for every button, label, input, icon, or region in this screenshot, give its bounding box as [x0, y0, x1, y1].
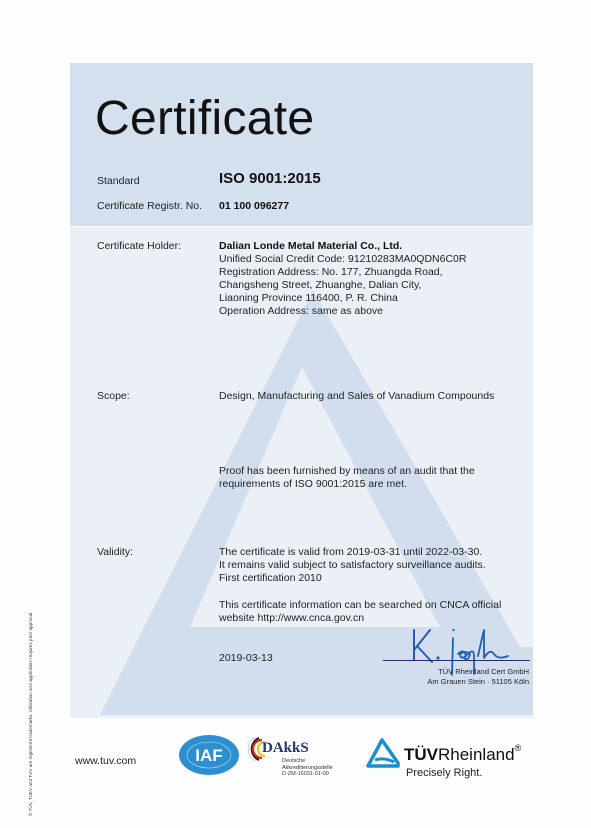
iaf-logo-icon: IAF	[178, 734, 240, 776]
standard-label: Standard	[97, 175, 140, 187]
holder-label: Certificate Holder:	[97, 240, 181, 252]
issuer-block: TÜV Rheinland Cert GmbH Am Grauen Stein …	[427, 667, 529, 687]
issuer-name: TÜV Rheinland Cert GmbH	[427, 667, 529, 677]
tuv-website-link[interactable]: www.tuv.com	[75, 755, 136, 767]
dakks-accreditation-number: D-ZM-16031-01-00	[282, 771, 333, 778]
validity-block: The certificate is valid from 2019-03-31…	[219, 546, 486, 585]
holder-company: Dalian Londe Metal Material Co., Ltd.	[219, 240, 466, 253]
registration-number: 01 100 096277	[219, 200, 289, 213]
validity-label: Validity:	[97, 546, 133, 558]
proof-line: requirements of ISO 9001:2015 are met.	[219, 478, 475, 491]
registration-label: Certificate Registr. No.	[97, 200, 202, 212]
scope-label: Scope:	[97, 390, 130, 402]
holder-address-line: Changsheng Street, Zhuanghe, Dalian City…	[219, 279, 466, 292]
first-certification: First certification 2010	[219, 572, 486, 585]
signature-line	[383, 660, 530, 661]
dakks-details: Deutsche Akkreditierungsstelle D-ZM-1603…	[282, 758, 333, 778]
scope-value: Design, Manufacturing and Sales of Vanad…	[219, 390, 494, 403]
validity-dates: The certificate is valid from 2019-03-31…	[219, 546, 486, 559]
dakks-name: DAkkS	[262, 740, 309, 757]
holder-address-line: Registration Address: No. 177, Zhuangda …	[219, 266, 466, 279]
issuer-address: Am Grauen Stein · 51105 Köln	[427, 677, 529, 687]
certificate-title: Certificate	[95, 95, 314, 143]
issue-date: 2019-03-13	[219, 652, 273, 665]
brand-rest: Rheinland	[438, 745, 515, 764]
holder-credit-code: Unified Social Credit Code: 91210283MA0Q…	[219, 253, 466, 266]
proof-statement: Proof has been furnished by means of an …	[219, 465, 475, 491]
proof-line: Proof has been furnished by means of an …	[219, 465, 475, 478]
cnca-line: This certificate information can be sear…	[219, 599, 501, 612]
holder-address-line: Liaoning Province 116400, P. R. China	[219, 292, 466, 305]
svg-text:IAF: IAF	[195, 746, 222, 765]
validity-condition: It remains valid subject to satisfactory…	[219, 559, 486, 572]
tuv-rheinland-brand: TÜVRheinland®	[404, 745, 521, 765]
tuv-triangle-logo-icon	[366, 738, 400, 768]
holder-block: Dalian Londe Metal Material Co., Ltd. Un…	[219, 240, 466, 318]
brand-bold: TÜV	[404, 745, 438, 764]
registered-mark: ®	[515, 743, 522, 753]
holder-operation-address: Operation Address: same as above	[219, 305, 466, 318]
trademark-notice: © TÜV, TUEV and TUV are registered trade…	[28, 612, 33, 816]
standard-value: ISO 9001:2015	[219, 172, 321, 185]
brand-tagline: Precisely Right.	[406, 767, 482, 779]
